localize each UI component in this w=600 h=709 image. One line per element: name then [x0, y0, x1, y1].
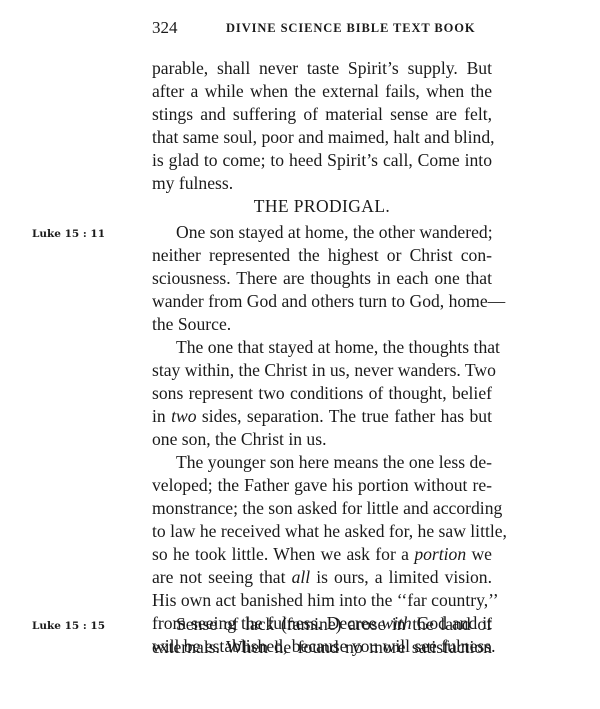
text-line: sons represent two conditions of thought…: [152, 382, 492, 405]
text-line: to law he received what he asked for, he…: [152, 520, 492, 543]
text-line: stings and suffering of material sense a…: [152, 103, 492, 126]
page-header: 324 DIVINE SCIENCE BIBLE TEXT BOOK: [152, 18, 492, 40]
text-line-with-emphasis: so he took little. When we ask for a por…: [152, 543, 492, 566]
paragraph-2: The one that stayed at home, the thought…: [152, 336, 492, 451]
page-number: 324: [152, 18, 178, 38]
text-line: neither represented the highest or Chris…: [152, 244, 492, 267]
paragraph-4: Sense of lack (famine) arose in the land…: [152, 613, 492, 659]
text-line: that same soul, poor and maimed, halt an…: [152, 126, 492, 149]
emphasis: portion: [414, 544, 466, 564]
text-line: One son stayed at home, the other wander…: [152, 221, 492, 244]
text-line: veloped; the Father gave his portion wit…: [152, 474, 492, 497]
text-line-with-emphasis: are not seeing that all is ours, a limit…: [152, 566, 492, 589]
margin-note-luke-15-11: Luke 15 : 11: [32, 228, 105, 240]
text-line: after a while when the external fails, w…: [152, 80, 492, 103]
margin-note-luke-15-15: Luke 15 : 15: [32, 620, 105, 632]
intro-paragraph: parable, shall never taste Spirit’s supp…: [152, 57, 492, 195]
paragraph-1: One son stayed at home, the other wander…: [152, 221, 492, 336]
text-line: stay within, the Christ in us, never wan…: [152, 359, 492, 382]
text-line: one son, the Christ in us.: [152, 428, 492, 451]
text-line: wander from God and others turn to God, …: [152, 290, 492, 313]
emphasis: all: [292, 567, 311, 587]
text-line: monstrance; the son asked for little and…: [152, 497, 492, 520]
text-line: parable, shall never taste Spirit’s supp…: [152, 57, 492, 80]
text-line: my fulness.: [152, 172, 492, 195]
text-line: The one that stayed at home, the thought…: [152, 336, 492, 359]
section-heading: THE PRODIGAL.: [152, 196, 492, 217]
text-line-with-emphasis: in two sides, separation. The true fathe…: [152, 405, 492, 428]
text-line: His own act banished him into the ‘‘far …: [152, 589, 492, 612]
running-head: DIVINE SCIENCE BIBLE TEXT BOOK: [226, 21, 476, 36]
text-line: The younger son here means the one less …: [152, 451, 492, 474]
text-line: Sense of lack (famine) arose in the land…: [152, 613, 492, 636]
text-line: is glad to come; to heed Spirit’s call, …: [152, 149, 492, 172]
emphasis: two: [171, 406, 196, 426]
text-line: the Source.: [152, 313, 492, 336]
text-line: externals. When he found no more satisfa…: [152, 636, 492, 659]
text-line: sciousness. There are thoughts in each o…: [152, 267, 492, 290]
